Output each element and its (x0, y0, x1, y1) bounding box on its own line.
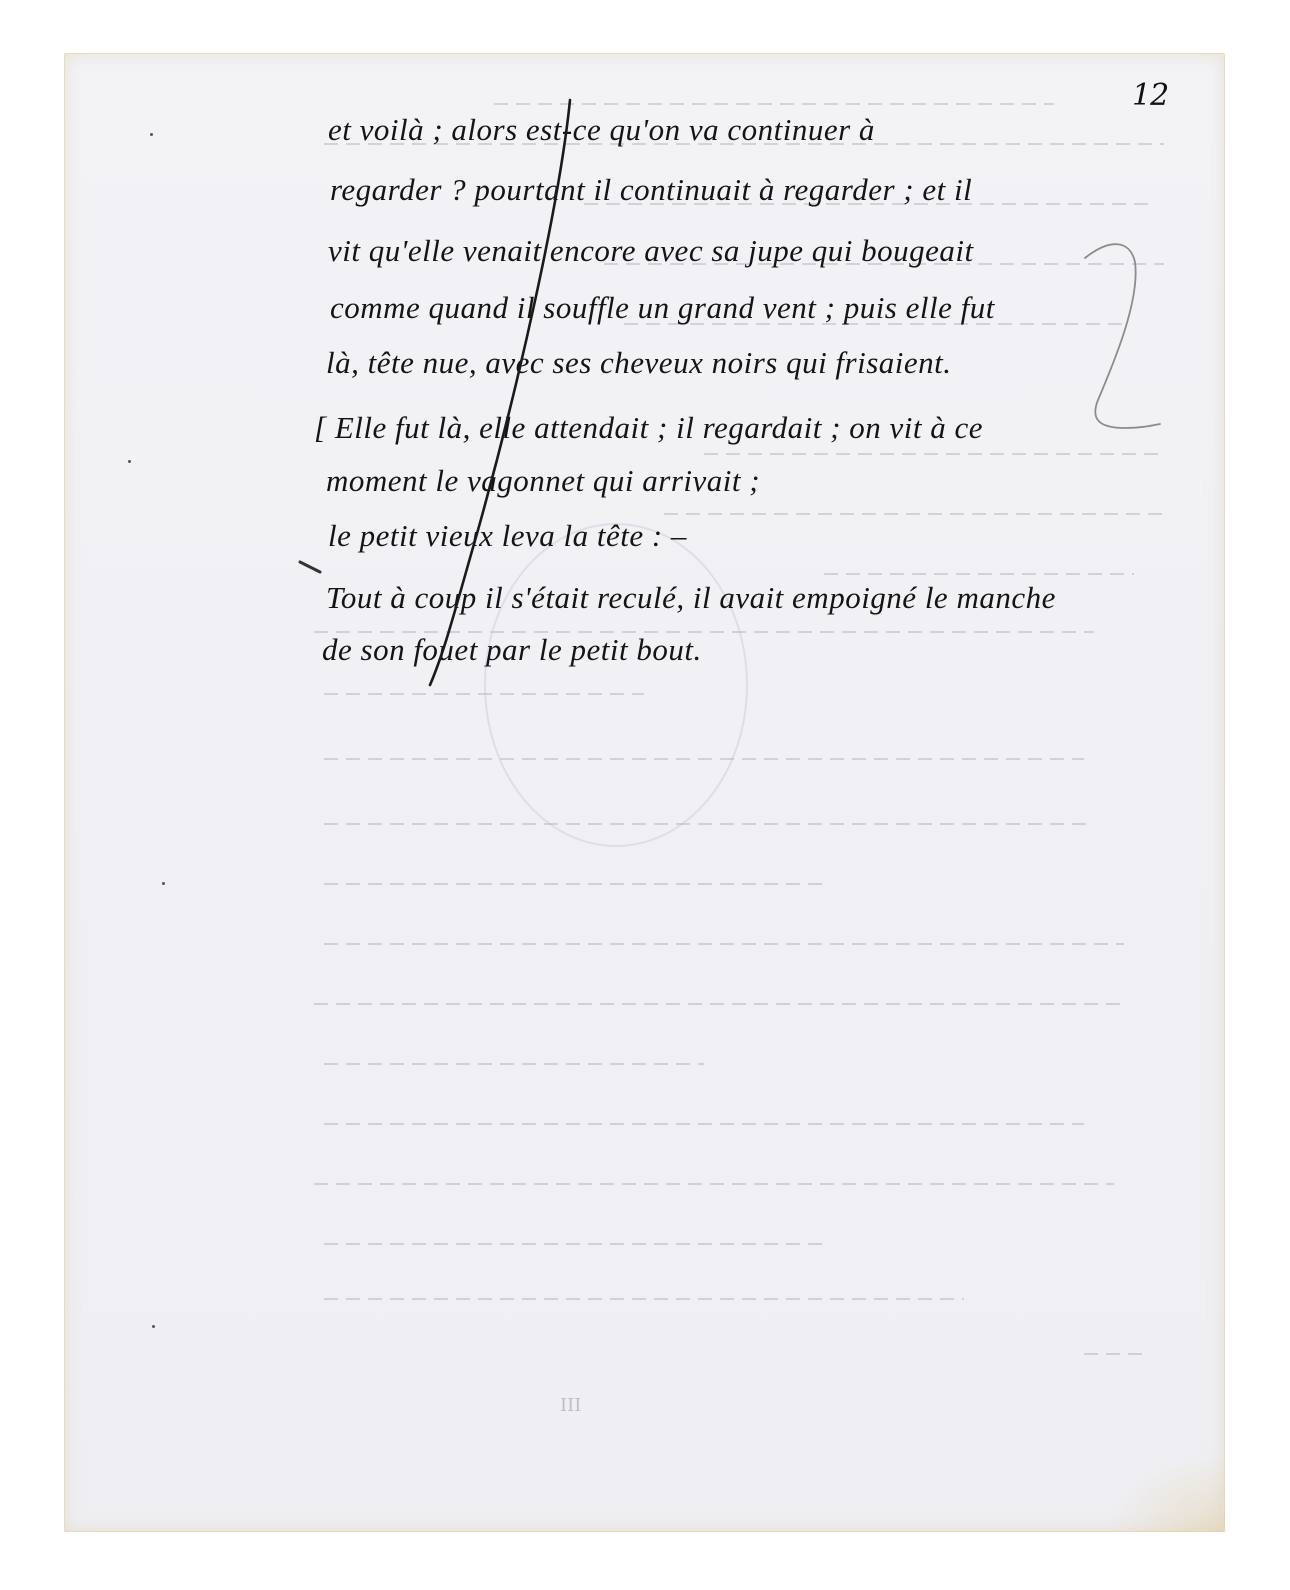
ink-speck (162, 882, 165, 885)
manuscript-line: et voilà ; alors est-ce qu'on va continu… (328, 112, 875, 148)
manuscript-line: moment le vagonnet qui arrivait ; (326, 463, 760, 499)
manuscript-line: vit qu'elle venait encore avec sa jupe q… (328, 233, 974, 269)
show-through-line (324, 1298, 964, 1300)
manuscript-line: [ Elle fut là, elle attendait ; il regar… (314, 410, 983, 446)
ink-speck (152, 1325, 155, 1328)
manuscript-line: là, tête nue, avec ses cheveux noirs qui… (326, 345, 952, 381)
manuscript-line: regarder ? pourtant il continuait à rega… (330, 172, 972, 208)
manuscript-line: comme quand il souffle un grand vent ; p… (330, 290, 995, 326)
show-through-line (704, 453, 1164, 455)
manuscript-line: le petit vieux leva la tête : – (328, 518, 687, 554)
show-through-line (324, 1243, 824, 1245)
ink-speck (128, 460, 131, 463)
stamp-show-through (484, 523, 748, 847)
page-number: 12 (1132, 78, 1168, 113)
show-through-line (494, 103, 1054, 105)
show-through-line (824, 573, 1134, 575)
show-through-line (324, 943, 1124, 945)
show-through-line (324, 1123, 1084, 1125)
show-through-line (1084, 1353, 1144, 1355)
show-through-line (664, 513, 1164, 515)
show-through-line (324, 823, 1094, 825)
reverse-section-mark: III (560, 1395, 581, 1416)
manuscript-line: Tout à coup il s'était reculé, il avait … (326, 580, 1056, 616)
show-through-line (314, 1183, 1114, 1185)
ink-speck (150, 133, 153, 136)
manuscript-line: de son fouet par le petit bout. (322, 632, 702, 668)
show-through-line (314, 1003, 1124, 1005)
show-through-line (324, 883, 824, 885)
manuscript-page (64, 53, 1225, 1532)
show-through-line (324, 1063, 704, 1065)
